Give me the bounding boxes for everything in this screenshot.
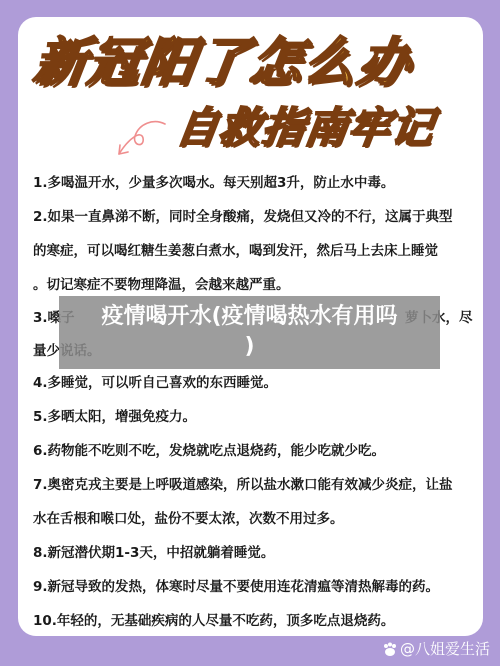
tip-9: 9.新冠导致的发热，体寒时尽量不要使用连花清瘟等清热解毒的药。 — [33, 578, 439, 596]
tip-5: 5.多晒太阳，增强免疫力。 — [33, 408, 196, 426]
tip-10: 10.年轻的，无基础疾病的人尽量不吃药，顶多吃点退烧药。 — [33, 612, 394, 630]
tip-4: 4.多睡觉，可以听自己喜欢的东西睡觉。 — [33, 374, 277, 392]
overlay-line-1: 疫情喝开水(疫情喝热水有用吗 — [59, 302, 440, 332]
paw-icon — [382, 641, 398, 657]
main-title: 新冠阳了怎么办 — [29, 28, 479, 98]
tip-7-line-2: 水在舌根和喉口处，盐份不要太浓，次数不用过多。 — [33, 510, 344, 528]
tip-2-line-2: 的寒症，可以喝红糖生姜葱白煮水，喝到发汗，然后马上去床上睡觉 — [33, 242, 438, 260]
tip-2-line-3: 。切记寒症不要物理降温，会越来越严重。 — [33, 276, 290, 294]
tip-6: 6.药物能不吃则不吃，发烧就吃点退烧药，能少吃就少吃。 — [33, 442, 385, 460]
watermark-text: @八姐爱生活 — [400, 638, 490, 659]
tip-2-line-1: 2.如果一直鼻涕不断，同时全身酸痛，发烧但又冷的不行，这属于典型 — [33, 208, 453, 226]
overlay-line-2: ) — [59, 332, 440, 362]
subtitle: 自救指南牢记 — [172, 100, 480, 155]
caption-overlay: 疫情喝开水(疫情喝热水有用吗 ) — [59, 296, 440, 369]
tip-7-line-1: 7.奥密克戎主要是上呼吸道感染，所以盐水漱口能有效减少炎症，让盐 — [33, 476, 453, 494]
watermark: @八姐爱生活 — [382, 638, 490, 659]
tip-8: 8.新冠潜伏期1-3天，中招就躺着睡觉。 — [33, 544, 274, 562]
tip-1-line-1: 1.多喝温开水，少量多次喝水。每天别超3升，防止水中毒。 — [33, 174, 394, 192]
curly-arrow-icon — [115, 118, 170, 160]
